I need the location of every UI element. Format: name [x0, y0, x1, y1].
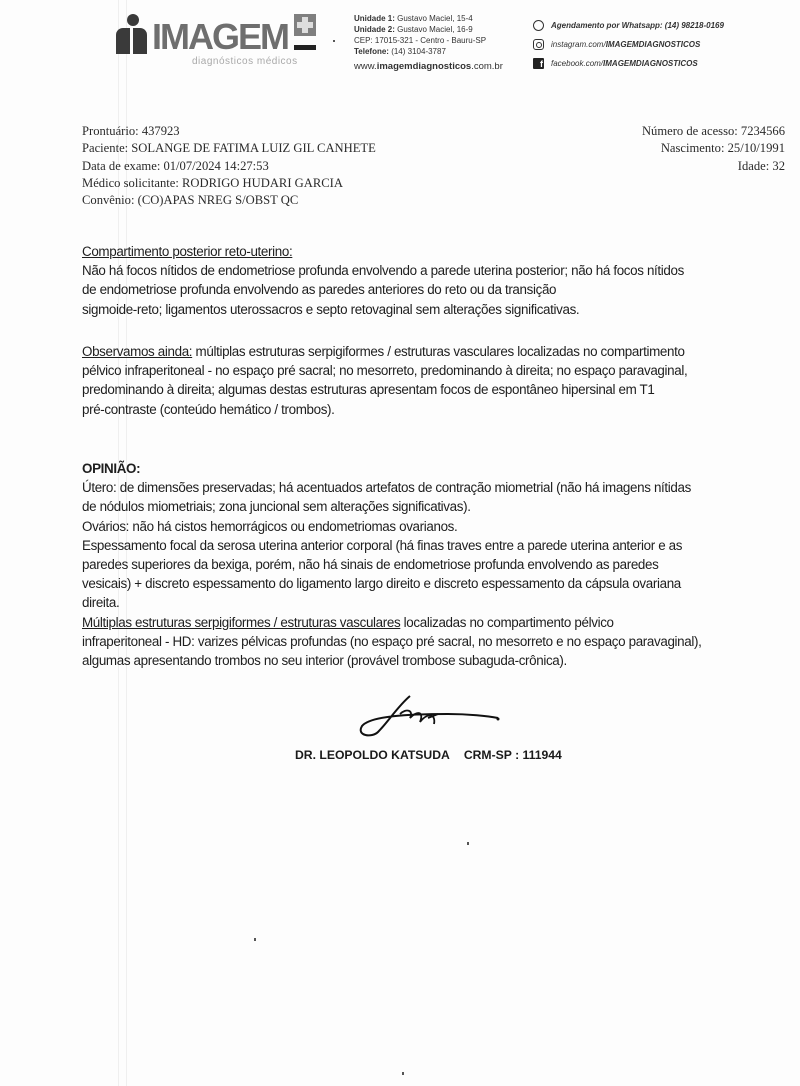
whatsapp-icon — [533, 20, 544, 31]
age: Idade: 32 — [642, 158, 785, 175]
signer-name: DR. LEOPOLDO KATSUDA — [295, 748, 450, 762]
signer-crm: CRM-SP : 111944 — [464, 748, 562, 762]
prontuario: Prontuário: 437923 — [82, 123, 376, 140]
text-line: Múltiplas estruturas serpigiformes / est… — [82, 613, 798, 632]
unit-2: Unidade 2: Gustavo Maciel, 16-9 — [354, 24, 503, 35]
birth-date: Nascimento: 25/10/1991 — [642, 140, 785, 157]
text-line: Ovários: não há cistos hemorrágicos ou e… — [82, 517, 798, 536]
text-line: infraperitoneal - HD: varizes pélvicas p… — [82, 632, 798, 651]
text-line: Espessamento focal da serosa uterina ant… — [82, 536, 798, 555]
section-opinion: OPINIÃO: Útero: de dimensões preservadas… — [82, 459, 798, 670]
insurance: Convênio: (CO)APAS NREG S/OBST QC — [82, 192, 376, 209]
exam-date: Data de exame: 01/07/2024 14:27:53 — [82, 158, 376, 175]
certification-seal-icon — [290, 14, 320, 64]
text-line: pré-contraste (conteúdo hemático / tromb… — [82, 400, 798, 419]
logo-tagline: diagnósticos médicos — [192, 56, 298, 67]
text-line: Útero: de dimensões preservadas; há acen… — [82, 478, 798, 497]
section-title: Compartimento posterior reto-uterino: — [82, 242, 798, 261]
requesting-doctor: Médico solicitante: RODRIGO HUDARI GARCI… — [82, 175, 376, 192]
facebook-icon: f — [533, 58, 544, 69]
instagram-icon — [533, 39, 544, 50]
opinion-title: OPINIÃO: — [82, 459, 798, 478]
section-posterior-compartment: Compartimento posterior reto-uterino: Nã… — [82, 242, 798, 319]
social-links: Agendamento por Whatsapp: (14) 98218-016… — [533, 16, 724, 73]
section-title: Observamos ainda: — [82, 344, 192, 359]
text-line: de endometriose profunda envolvendo as p… — [82, 280, 798, 299]
text-line: pélvico infraperitoneal - no espaço pré … — [82, 361, 798, 380]
signature-icon — [348, 692, 508, 740]
imagem-logo-icon — [116, 14, 150, 54]
website-link[interactable]: www.imagemdiagnosticos.com.br — [354, 61, 503, 72]
text-line: algumas apresentando trombos no seu inte… — [82, 651, 798, 670]
speck — [254, 938, 256, 941]
phone: Telefone: (14) 3104-3787 — [354, 46, 503, 57]
text-line: de nódulos miometriais; zona juncional s… — [82, 497, 798, 516]
whatsapp-row[interactable]: Agendamento por Whatsapp: (14) 98218-016… — [533, 16, 724, 35]
text-line: direita. — [82, 593, 798, 612]
patient-info-right: Número de acesso: 7234566 Nascimento: 25… — [642, 123, 785, 175]
speck — [402, 1072, 404, 1075]
logo-brand: IMAGEM — [152, 18, 288, 56]
patient-info: Prontuário: 437923 Paciente: SOLANGE DE … — [82, 123, 376, 209]
text-line: vesicais) + discreto espessamento do lig… — [82, 574, 798, 593]
speck — [333, 40, 335, 42]
text-line: sigmoide-reto; ligamentos uterossacros e… — [82, 300, 798, 319]
facebook-row[interactable]: f facebook.com/IMAGEMDIAGNOSTICOS — [533, 54, 724, 73]
instagram-row[interactable]: instagram.com/IMAGEMDIAGNOSTICOS — [533, 35, 724, 54]
text-line: Observamos ainda: múltiplas estruturas s… — [82, 342, 798, 361]
cep: CEP: 17015-321 - Centro - Bauru-SP — [354, 35, 503, 46]
text-line: predominando à direita; algumas destas e… — [82, 380, 798, 399]
unit-1: Unidade 1: Gustavo Maciel, 15-4 — [354, 13, 503, 24]
signer: DR. LEOPOLDO KATSUDACRM-SP : 111944 — [295, 748, 562, 762]
text-line: paredes superiores da bexiga, porém, não… — [82, 555, 798, 574]
section-additional-findings: Observamos ainda: múltiplas estruturas s… — [82, 342, 798, 419]
patient-name: Paciente: SOLANGE DE FATIMA LUIZ GIL CAN… — [82, 140, 376, 157]
access-number: Número de acesso: 7234566 — [642, 123, 785, 140]
speck — [467, 842, 469, 845]
contact-info: Unidade 1: Gustavo Maciel, 15-4 Unidade … — [354, 13, 503, 72]
text-line: Não há focos nítidos de endometriose pro… — [82, 261, 798, 280]
